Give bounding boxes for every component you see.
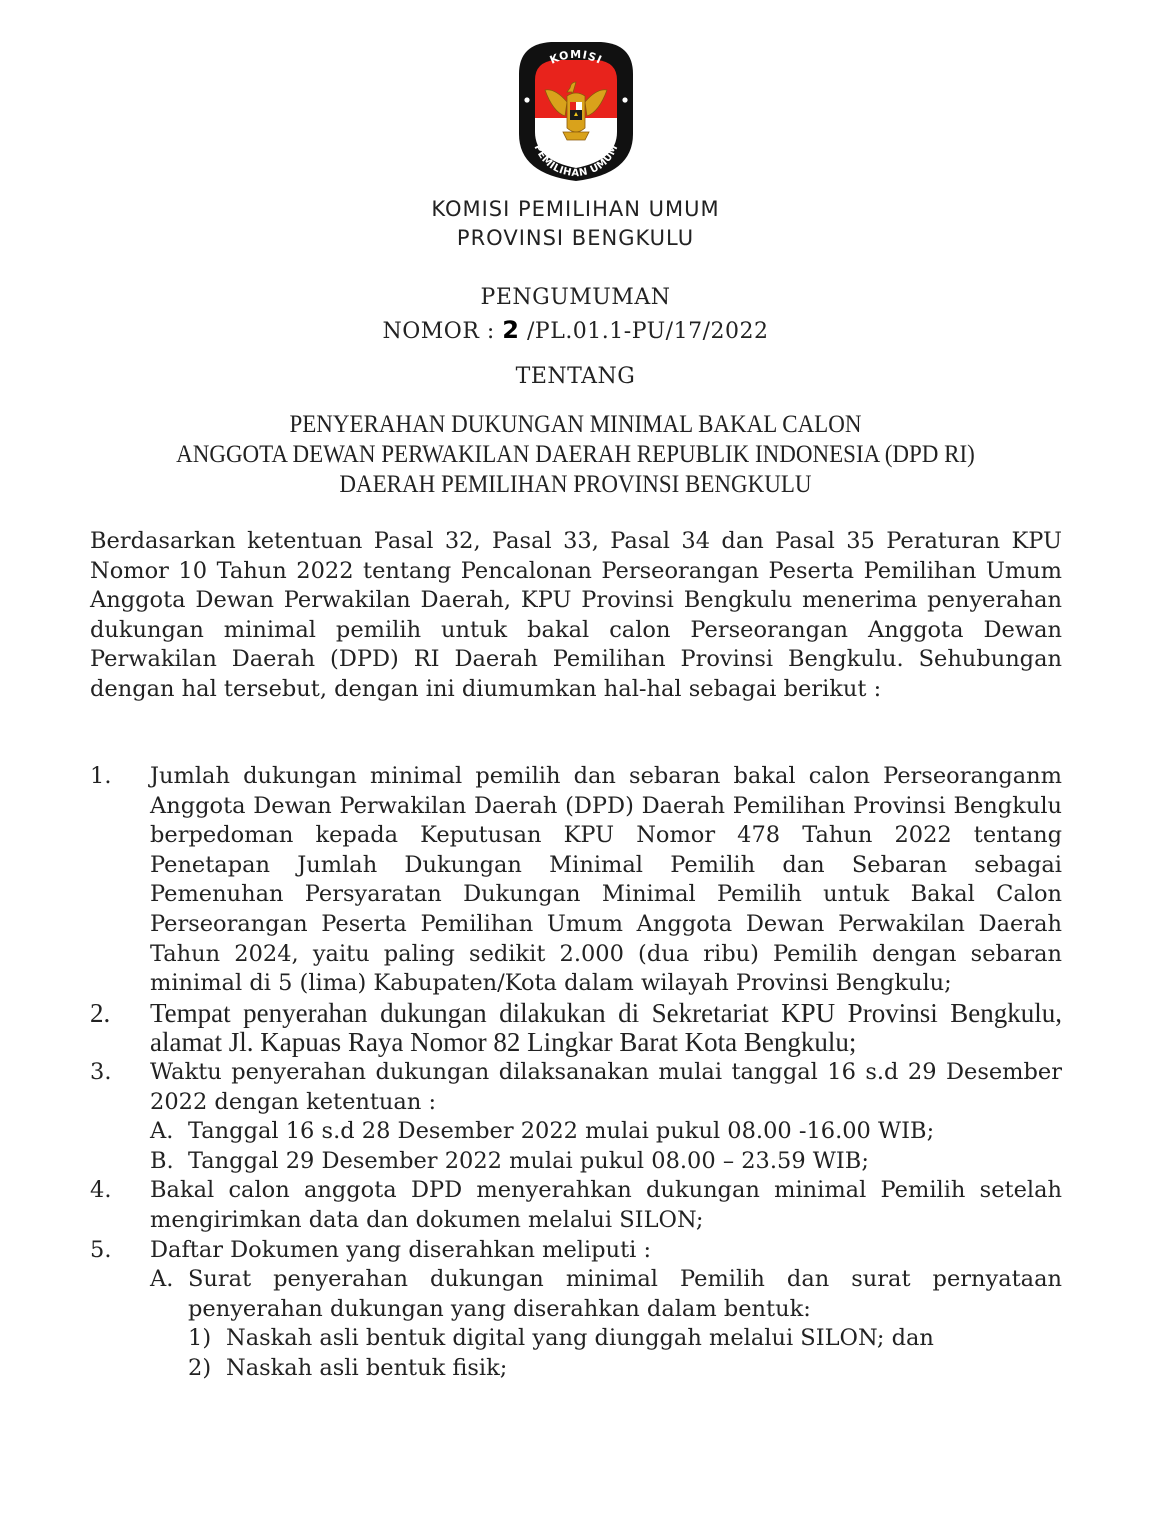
announcement-subject: PENYERAHAN DUKUNGAN MINIMAL BAKAL CALON … [46,410,1105,500]
number-prefix: NOMOR : [382,319,502,344]
item-number: 3. [90,1058,111,1088]
sub-sub-item: 2) Naskah asli bentuk fisik; [188,1354,1062,1384]
sub-sub-item-number: 1) [188,1324,211,1354]
item-number: 2. [90,999,110,1029]
intro-paragraph: Berdasarkan ketentuan Pasal 32, Pasal 33… [90,527,1062,705]
sub-sub-item-text: Naskah asli bentuk digital yang diunggah… [226,1325,934,1351]
subject-line: DAERAH PEMILIHAN PROVINSI BENGKULU [46,470,1105,500]
item-text: Daftar Dokumen yang diserahkan meliputi … [150,1237,651,1263]
sub-item: B. Tanggal 29 Desember 2022 mulai pukul … [150,1147,1062,1177]
sub-item-text: Tanggal 16 s.d 28 Desember 2022 mulai pu… [188,1118,934,1144]
item-number: 5. [90,1236,111,1266]
announcement-number: NOMOR : 2 /PL.01.1-PU/17/2022 [0,316,1151,344]
sub-item-letter: A. [150,1265,173,1295]
sub-item-text: Tanggal 29 Desember 2022 mulai pukul 08.… [188,1148,869,1174]
announcement-list: 1. Jumlah dukungan minimal pemilih dan s… [90,762,1062,1383]
list-item: 4. Bakal calon anggota DPD menyerahkan d… [90,1176,1062,1235]
item-number: 1. [90,762,111,792]
item-text: Bakal calon anggota DPD menyerahkan duku… [150,1177,1062,1233]
list-item: 1. Jumlah dukungan minimal pemilih dan s… [90,762,1062,999]
sub-item: A. Surat penyerahan dukungan minimal Pem… [150,1265,1062,1324]
kpu-emblem-icon: KOMISI PEMILIHAN UMUM [515,40,637,182]
subject-line: ANGGOTA DEWAN PERWAKILAN DAERAH REPUBLIK… [46,440,1105,470]
sub-item-text: Surat penyerahan dukungan minimal Pemili… [188,1266,1062,1322]
item-text: Tempat penyerahan dukungan dilakukan di … [150,998,1062,1058]
subject-line: PENYERAHAN DUKUNGAN MINIMAL BAKAL CALON [46,410,1105,440]
list-item: 5. Daftar Dokumen yang diserahkan melipu… [90,1236,1062,1384]
item-text: Waktu penyerahan dukungan dilaksanakan m… [150,1059,1062,1115]
sub-item-letter: A. [150,1117,173,1147]
sub-sub-item: 1) Naskah asli bentuk digital yang diung… [188,1324,1062,1354]
list-item: 2. Tempat penyerahan dukungan dilakukan … [90,999,1062,1058]
handwritten-number: 2 [502,316,519,344]
sub-sub-item-number: 2) [188,1354,211,1384]
item-text: Jumlah dukungan minimal pemilih dan seba… [150,763,1062,996]
sub-item-letter: B. [150,1147,174,1177]
sub-sub-item-text: Naskah asli bentuk fisik; [226,1355,507,1381]
list-item: 3. Waktu penyerahan dukungan dilaksanaka… [90,1058,1062,1176]
announcement-title: PENGUMUMAN [0,285,1151,310]
document-page: KOMISI PEMILIHAN UMUM KOMISI PEMILIHAN U… [0,0,1151,1518]
item-number: 4. [90,1176,111,1206]
organization-name: KOMISI PEMILIHAN UMUM [0,197,1151,221]
number-suffix: /PL.01.1-PU/17/2022 [520,319,769,344]
organization-province: PROVINSI BENGKULU [0,226,1151,250]
sub-item: A. Tanggal 16 s.d 28 Desember 2022 mulai… [150,1117,1062,1147]
about-label: TENTANG [0,364,1151,389]
